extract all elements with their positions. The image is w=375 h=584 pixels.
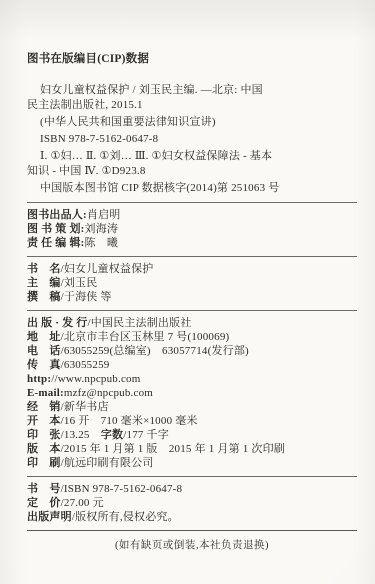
cip-classification-block: Ⅰ. ①妇… Ⅱ. ①刘… Ⅲ. ①妇女权益保障法 - 基本 知识 - 中国 Ⅳ… — [27, 149, 357, 179]
row-label: 出 版 · 发 行 — [27, 317, 87, 329]
colophon-row: 图 书 策 划:刘海涛 — [27, 222, 357, 236]
colophon-row: 版 本/2015 年 1 月第 1 版 2015 年 1 月第 1 次印刷 — [27, 442, 357, 456]
row-label: 地 址 — [27, 331, 61, 343]
row-label: 图书出品人: — [27, 209, 87, 221]
price-section: 书 号/ISBN 978-7-5162-0647-8定 价/27.00 元出版声… — [27, 482, 357, 524]
colophon-row: 开 本/16 开 710 毫米×1000 毫米 — [27, 414, 357, 428]
cip-title-line1: 妇女儿童权益保护 / 刘玉民主编. —北京: 中国 — [27, 83, 357, 98]
colophon-row: 地 址/北京市丰台区玉林里 7 号(100069) — [27, 330, 357, 344]
colophon-row: 传 真/63055259 — [27, 358, 357, 372]
colophon-row: http://www.npcpub.com — [27, 372, 357, 386]
row-value: //www.npcpub.com — [51, 373, 140, 385]
colophon-row: 印 张/13.25 字数/177 千字 — [27, 428, 357, 442]
colophon-row: 出版声明/版权所有,侵权必究。 — [27, 510, 357, 524]
colophon-row: 印 刷/航远印刷有限公司 — [27, 456, 357, 470]
cip-classification-line1: Ⅰ. ①妇… Ⅱ. ①刘… Ⅲ. ①妇女权益保障法 - 基本 — [27, 149, 357, 164]
row-label: E-mail: — [27, 387, 64, 399]
row-value: /航远印刷有限公司 — [61, 457, 154, 469]
row-value: /刘玉民 — [61, 277, 98, 289]
divider — [27, 476, 357, 477]
row-label: 传 真 — [27, 359, 61, 371]
row-value: 陈 曦 — [85, 237, 119, 249]
row-value: /63055259(总编室) 63057714(发行部) — [61, 345, 249, 357]
row-value: /63055259 — [61, 359, 110, 371]
row-label: 出版声明 — [27, 511, 72, 523]
row-value: /ISBN 978-7-5162-0647-8 — [61, 483, 183, 495]
row-label: 印 刷 — [27, 457, 61, 469]
row-label: 印 张 — [27, 429, 61, 441]
row-label: 主 编 — [27, 277, 61, 289]
cip-title-block: 妇女儿童权益保护 / 刘玉民主编. —北京: 中国 民主法制出版社, 2015.… — [27, 83, 357, 113]
colophon-row: 出 版 · 发 行/中国民主法制出版社 — [27, 316, 357, 330]
row-value: /妇女儿童权益保护 — [61, 263, 154, 275]
colophon-content: 图书在版编目(CIP)数据 妇女儿童权益保护 / 刘玉民主编. —北京: 中国 … — [27, 0, 357, 553]
row-label: http: — [27, 373, 51, 385]
colophon-row: 责 任 编 辑:陈 曦 — [27, 236, 357, 250]
cip-isbn: ISBN 978-7-5162-0647-8 — [27, 132, 357, 147]
row-label: 版 本 — [27, 443, 61, 455]
cip-header: 图书在版编目(CIP)数据 — [27, 52, 357, 67]
row-label: 定 价 — [27, 497, 61, 509]
row-value: /2015 年 1 月第 1 版 2015 年 1 月第 1 次印刷 — [61, 443, 285, 455]
row-value: /中国民主法制出版社 — [87, 317, 191, 329]
divider — [27, 202, 357, 203]
row-value: /于海侠 等 — [61, 291, 112, 303]
row-value: 肖启明 — [87, 209, 121, 221]
row-value: /新华书店 — [61, 401, 109, 413]
row-value: mzfz@npcpub.com — [64, 387, 153, 399]
cip-classification-line2: 知识 - 中国 Ⅳ. ①D923.8 — [27, 164, 357, 179]
row-value: /16 开 710 毫米×1000 毫米 — [61, 415, 198, 427]
colophon-row: 电 话/63055259(总编室) 63057714(发行部) — [27, 344, 357, 358]
colophon-row: 经 销/新华书店 — [27, 400, 357, 414]
row-label: 开 本 — [27, 415, 61, 427]
colophon-row: 撰 稿/于海侠 等 — [27, 290, 357, 304]
colophon-row: 定 价/27.00 元 — [27, 496, 357, 510]
row-label: 字数 — [101, 429, 123, 441]
row-value: /北京市丰台区玉林里 7 号(100069) — [61, 331, 230, 343]
row-value: /13.25 — [61, 429, 101, 441]
row-label: 经 销 — [27, 401, 61, 413]
row-value: /27.00 元 — [61, 497, 104, 509]
colophon-row: 图书出品人:肖启明 — [27, 208, 357, 222]
divider — [27, 256, 357, 257]
row-label: 撰 稿 — [27, 291, 61, 303]
divider — [27, 530, 357, 531]
row-value: 刘海涛 — [85, 223, 119, 235]
book-info-section: 书 名/妇女儿童权益保护主 编/刘玉民撰 稿/于海侠 等 — [27, 262, 357, 304]
colophon-row: 书 名/妇女儿童权益保护 — [27, 262, 357, 276]
row-label: 图 书 策 划: — [27, 223, 85, 235]
row-label: 电 话 — [27, 345, 61, 357]
row-label: 责 任 编 辑: — [27, 237, 85, 249]
colophon-row: E-mail:mzfz@npcpub.com — [27, 386, 357, 400]
row-label: 书 号 — [27, 483, 61, 495]
row-value: /177 千字 — [123, 429, 169, 441]
staff-section: 图书出品人:肖启明图 书 策 划:刘海涛责 任 编 辑:陈 曦 — [27, 208, 357, 250]
cip-registry: 中国版本图书馆 CIP 数据核字(2014)第 251063 号 — [27, 181, 357, 196]
row-value: /版权所有,侵权必究。 — [72, 511, 179, 523]
divider — [27, 310, 357, 311]
colophon-row: 主 编/刘玉民 — [27, 276, 357, 290]
cip-title-line2: 民主法制出版社, 2015.1 — [27, 98, 357, 113]
colophon-row: 书 号/ISBN 978-7-5162-0647-8 — [27, 482, 357, 496]
row-label: 书 名 — [27, 263, 61, 275]
cip-series: (中华人民共和国重要法律知识宣讲) — [27, 115, 357, 130]
publishing-section: 出 版 · 发 行/中国民主法制出版社地 址/北京市丰台区玉林里 7 号(100… — [27, 316, 357, 470]
footer-note: (如有缺页或倒装,本社负责退换) — [27, 538, 357, 553]
colophon-page: 图书在版编目(CIP)数据 妇女儿童权益保护 / 刘玉民主编. —北京: 中国 … — [0, 0, 375, 584]
